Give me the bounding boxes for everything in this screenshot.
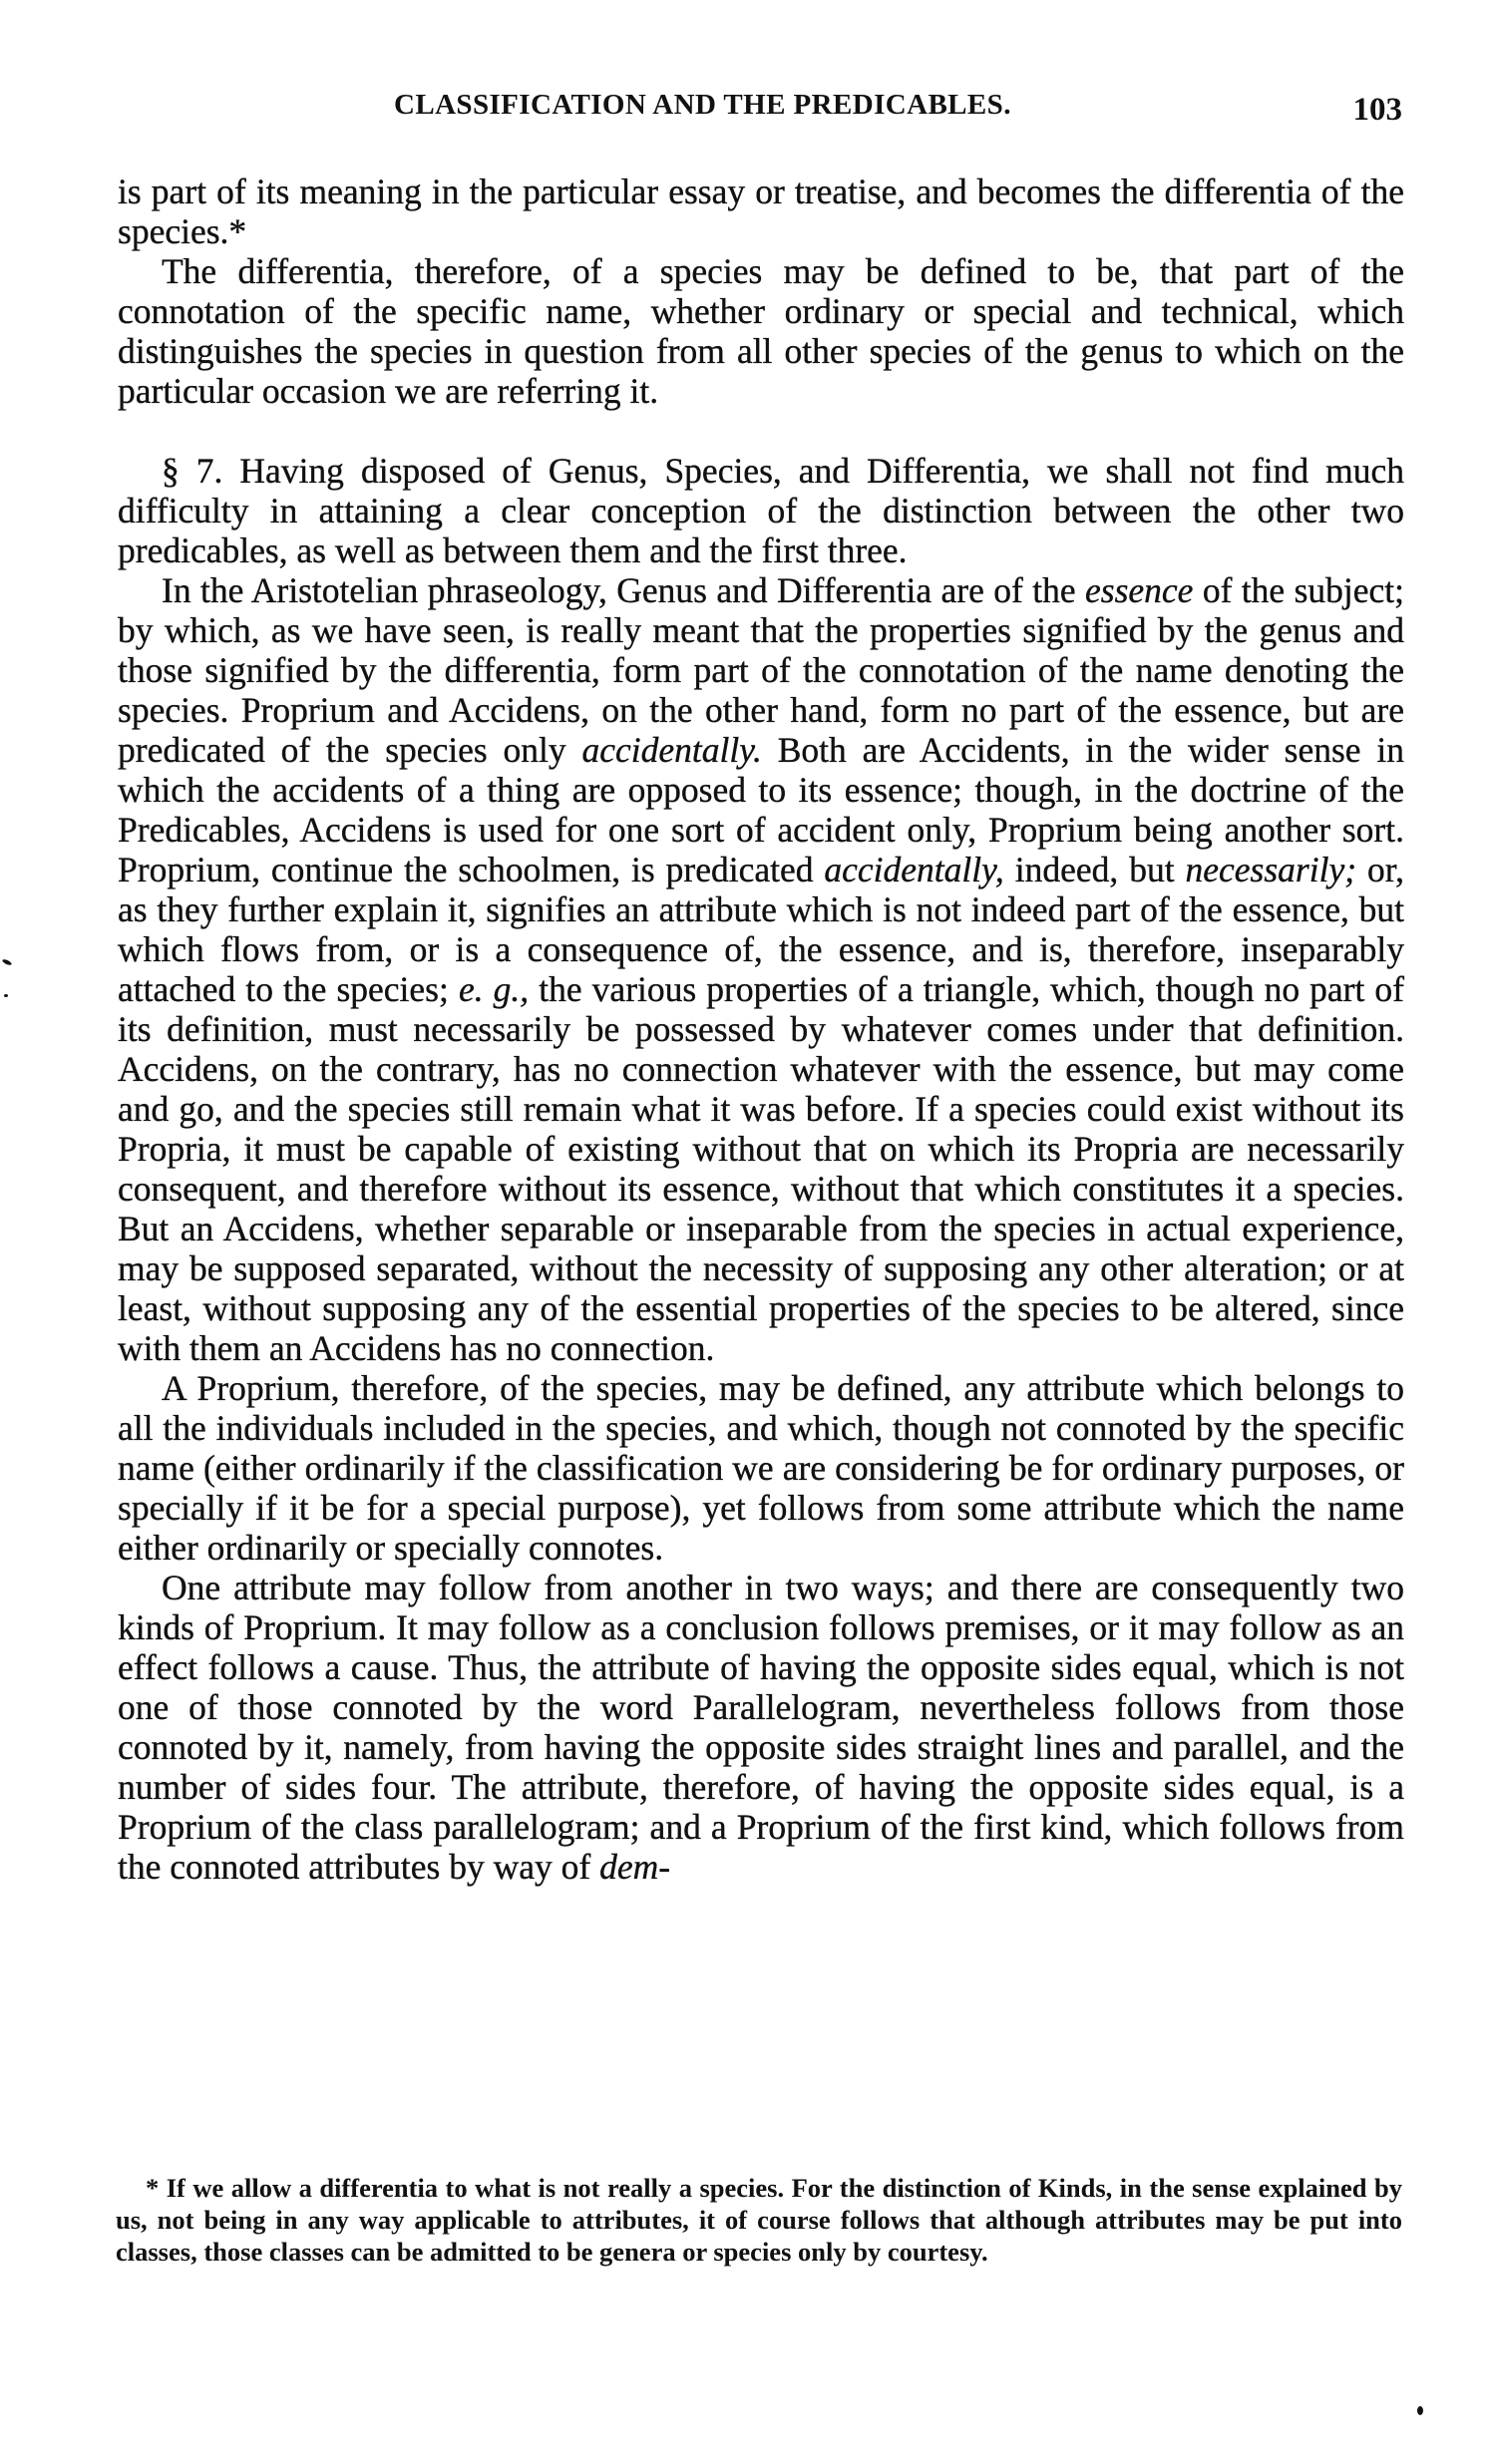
paragraph-proprium-definition: A Proprium, therefore, of the species, m… [118,1368,1404,1568]
scan-speck [2,958,13,966]
footnote-marker: * [146,2173,159,2203]
paragraph-aristotelian: In the Aristotelian phraseology, Genus a… [118,570,1404,1368]
footnote: * If we allow a differentia to what is n… [116,2172,1402,2268]
text-run: One attribute may follow from another in… [118,1568,1404,1887]
italic-run: accidentally, [824,850,1003,889]
page-number: 103 [1353,92,1403,128]
paragraph-differentia-definition: The differentia, therefore, of a species… [118,251,1404,411]
running-title: CLASSIFICATION AND THE PREDICABLES. [394,88,1011,122]
italic-run: e. g., [459,969,529,1009]
text-run: In the Aristotelian phraseology, Genus a… [162,570,1085,610]
paragraph-two-kinds-proprium: One attribute may follow from another in… [118,1568,1404,1887]
text-run: the various properties of a triangle, wh… [118,969,1404,1368]
italic-run: necessarily; [1186,850,1357,889]
body-text: is part of its meaning in the particular… [118,172,1404,1887]
section-7-opening: § 7. Having disposed of Genus, Species, … [118,451,1404,570]
italic-run: essence [1085,570,1193,610]
italic-run: dem- [599,1847,670,1887]
book-page: CLASSIFICATION AND THE PREDICABLES. 103 … [0,0,1490,2464]
scan-speck [4,994,8,997]
text-run: indeed, but [1004,850,1186,889]
scan-speck [1417,2406,1423,2415]
italic-run: accidentally. [581,730,761,770]
running-head: CLASSIFICATION AND THE PREDICABLES. 103 [118,88,1404,128]
paragraph-continued: is part of its meaning in the particular… [118,172,1404,251]
footnotes: * If we allow a differentia to what is n… [116,2172,1402,2268]
footnote-text: If we allow a differentia to what is not… [116,2173,1402,2267]
